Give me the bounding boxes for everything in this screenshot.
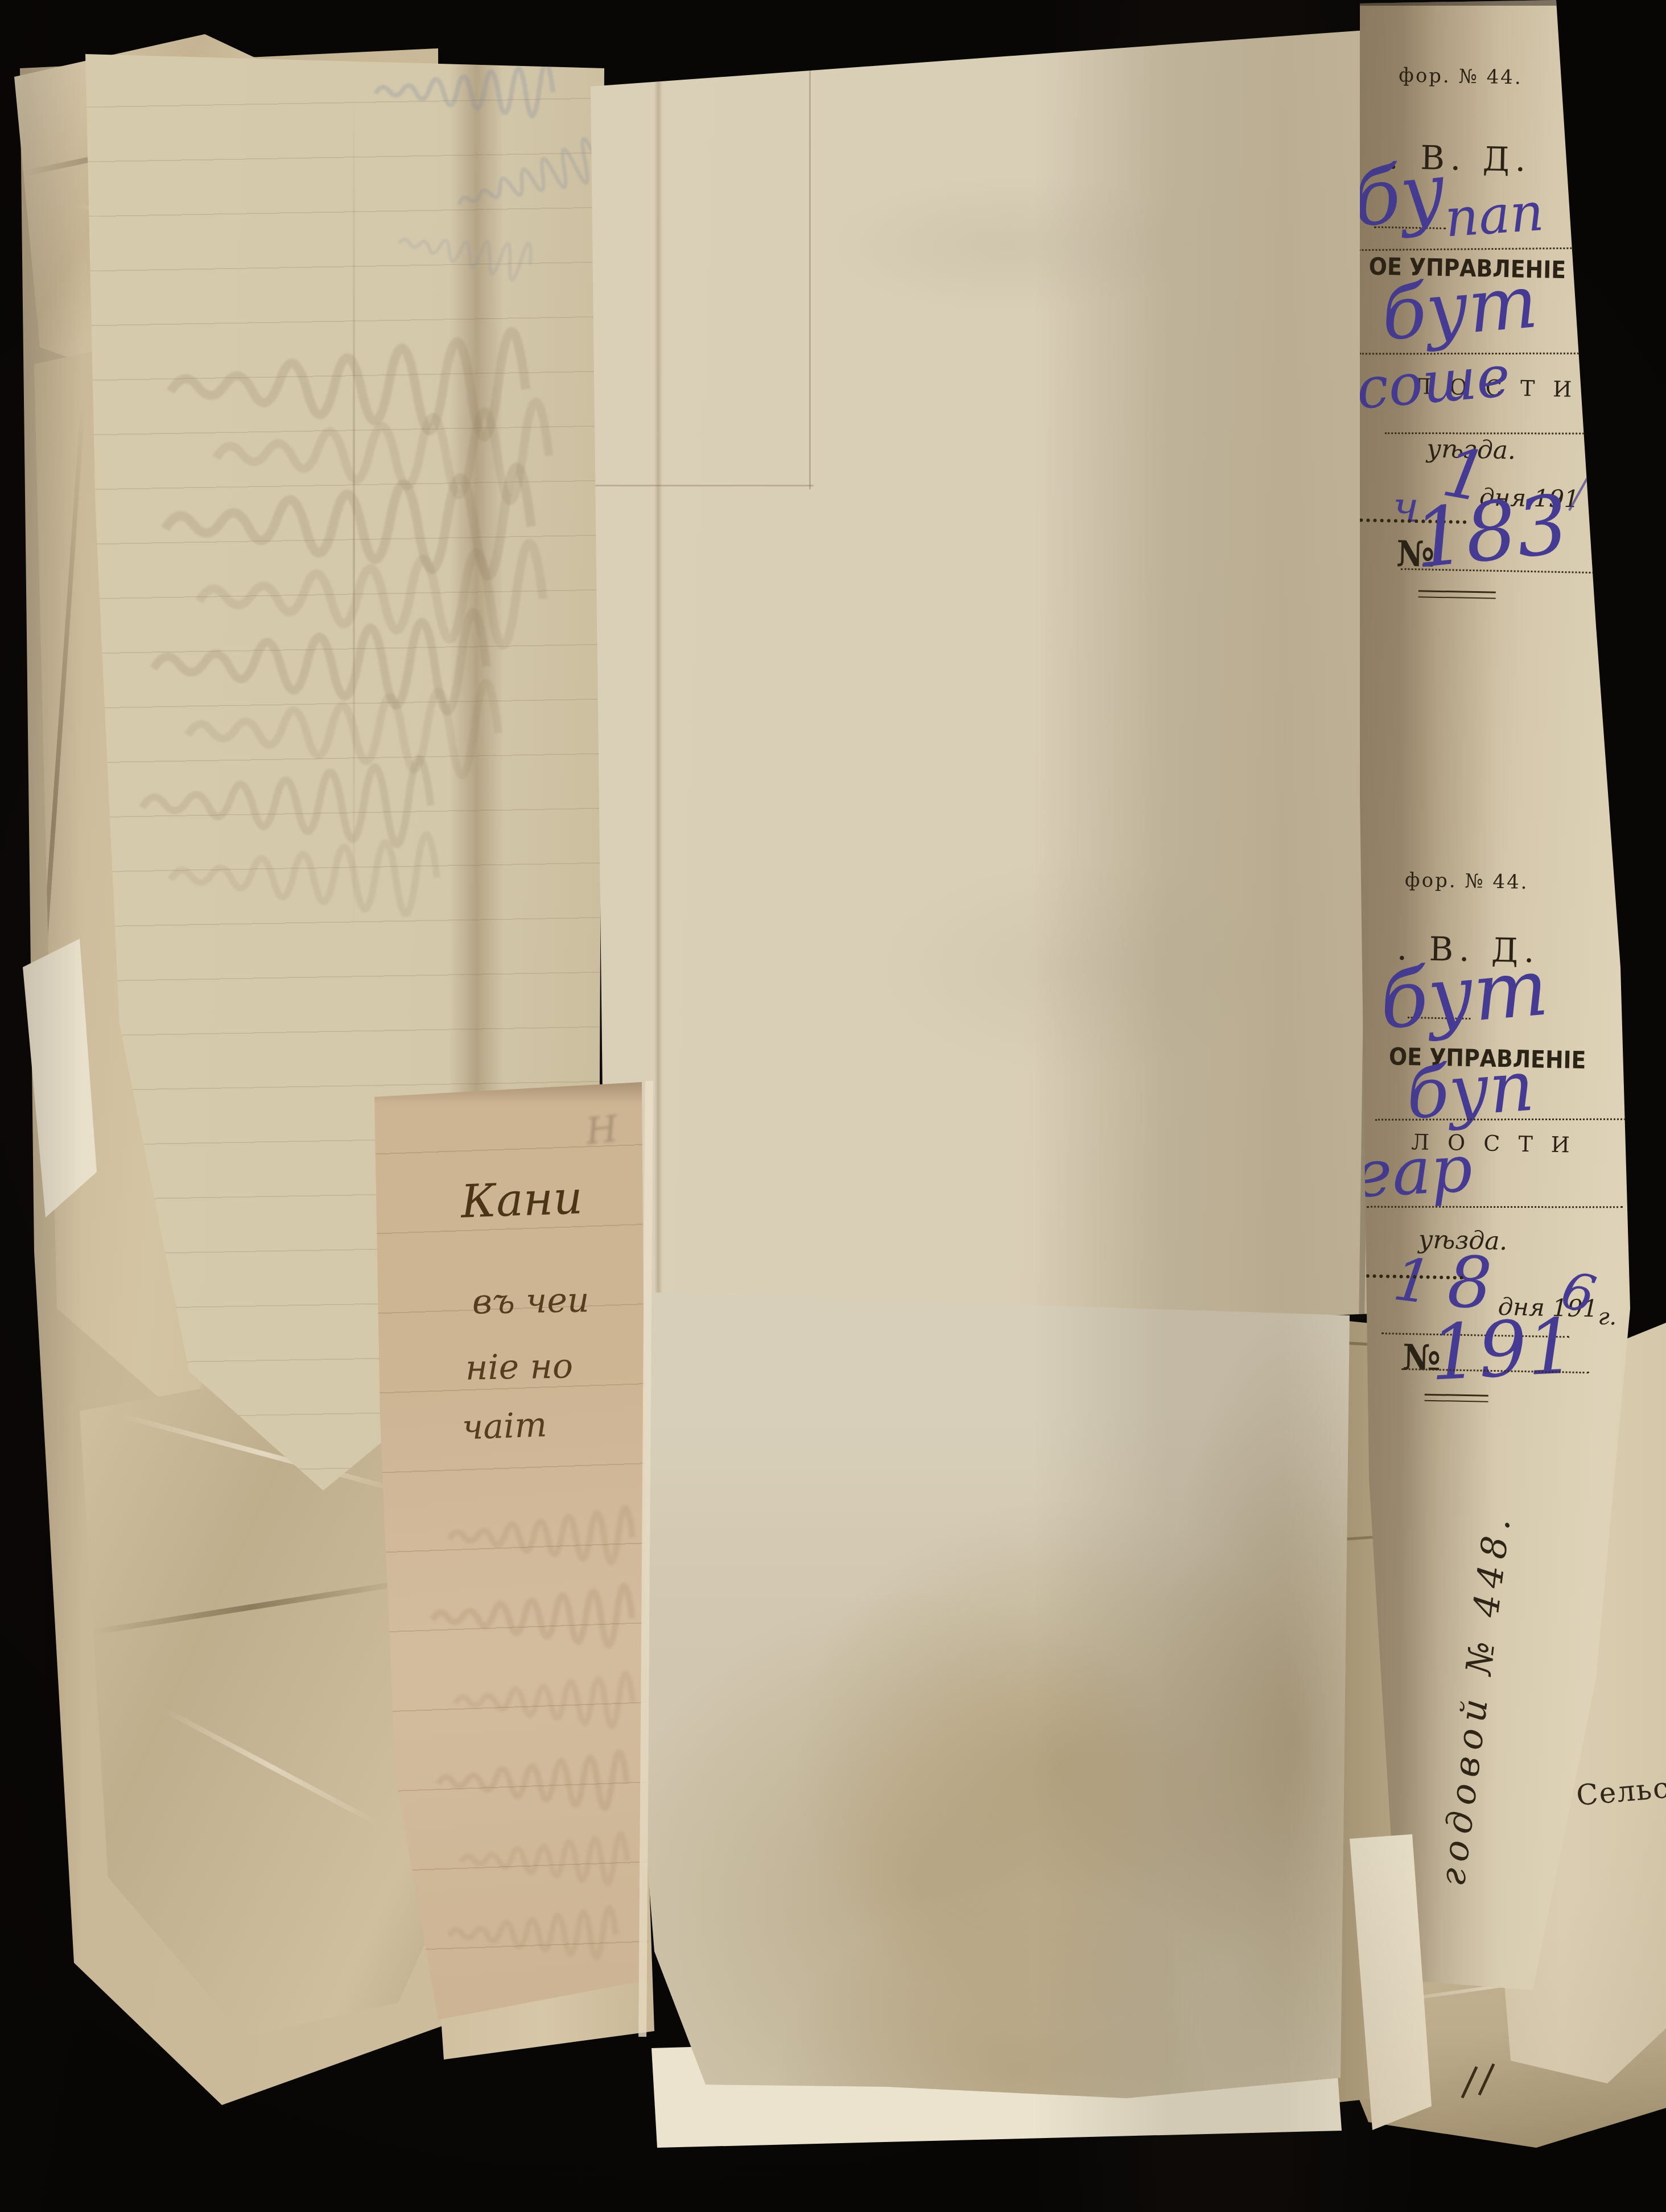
form2-handwriting-top: бут xyxy=(1378,954,1550,1034)
bleedthrough-line xyxy=(455,1690,637,1712)
pencil-scribble xyxy=(398,233,535,273)
pencil-scribble xyxy=(456,148,602,212)
blank-sheet xyxy=(569,0,1411,1365)
ghost-text-blob xyxy=(808,171,1206,319)
ghost-word: Н xyxy=(584,1113,619,1148)
bleedthrough-line xyxy=(450,1923,620,1945)
archival-photo: Н Кани въ чеи ніе но чаіт Сельскі фор. № xyxy=(0,0,1666,2212)
form2-handwriting-day: 8 xyxy=(1446,1253,1492,1314)
bleedthrough-line xyxy=(461,1849,632,1871)
bleedthrough-line xyxy=(165,501,541,548)
bleedthrough-line xyxy=(450,1525,637,1548)
bleedthrough-line xyxy=(142,785,438,822)
vertical-handwritten-note: годовой № 448. xyxy=(1430,1448,1521,1949)
note-line-3: ніе но xyxy=(465,1352,574,1383)
bleedthrough-line xyxy=(199,575,552,619)
form2-year-suffix: г. xyxy=(1598,1303,1617,1330)
bleedthrough-line xyxy=(171,859,444,893)
bleedthrough-line xyxy=(216,432,558,475)
note-line-2: въ чеи xyxy=(472,1286,589,1317)
form2-number-label: фор. № 44. xyxy=(1405,869,1529,894)
form2-handwriting-day-prefix: 1 xyxy=(1391,1253,1434,1308)
note-line-1: Кани xyxy=(460,1178,583,1221)
bleedthrough-line xyxy=(432,1604,637,1630)
form1-handwriting-top: бу xyxy=(1350,158,1449,233)
pencil-scribble xyxy=(376,80,558,102)
form2-dotted-line xyxy=(1375,1119,1626,1121)
form2-handwriting-volost: еар xyxy=(1352,1141,1474,1202)
form1-dotted-line xyxy=(1385,432,1639,435)
form1-double-rule xyxy=(1418,590,1496,599)
fold-line xyxy=(654,34,662,1337)
form1-handwriting-office: бут xyxy=(1379,271,1540,346)
form1-handwriting-volost: соше xyxy=(1355,352,1512,413)
form1-number-label: фор. № 44. xyxy=(1399,64,1523,89)
form1-dotted-line xyxy=(1359,247,1643,251)
bleedthrough-line xyxy=(438,1769,632,1794)
bleedthrough-line xyxy=(171,364,535,410)
form1-handwritten-number: 183 xyxy=(1411,490,1571,575)
stained-sheet xyxy=(597,1252,1371,2133)
form1-handwriting-top-2: пап xyxy=(1444,190,1545,241)
ghost-text-blob xyxy=(853,853,1286,1081)
bleedthrough-line xyxy=(188,711,506,751)
ink-slash xyxy=(1478,2064,1495,2095)
bleedthrough-line xyxy=(154,643,495,686)
form2-handwriting-office: буп xyxy=(1405,1057,1536,1125)
form2-double-rule xyxy=(1425,1394,1488,1402)
ink-slash xyxy=(1461,2066,1478,2098)
right-page-printed-text: Сельскі xyxy=(1575,1769,1666,1813)
form2-handwritten-number: 191 xyxy=(1429,1314,1577,1386)
note-line-4: чаіт xyxy=(461,1410,547,1442)
